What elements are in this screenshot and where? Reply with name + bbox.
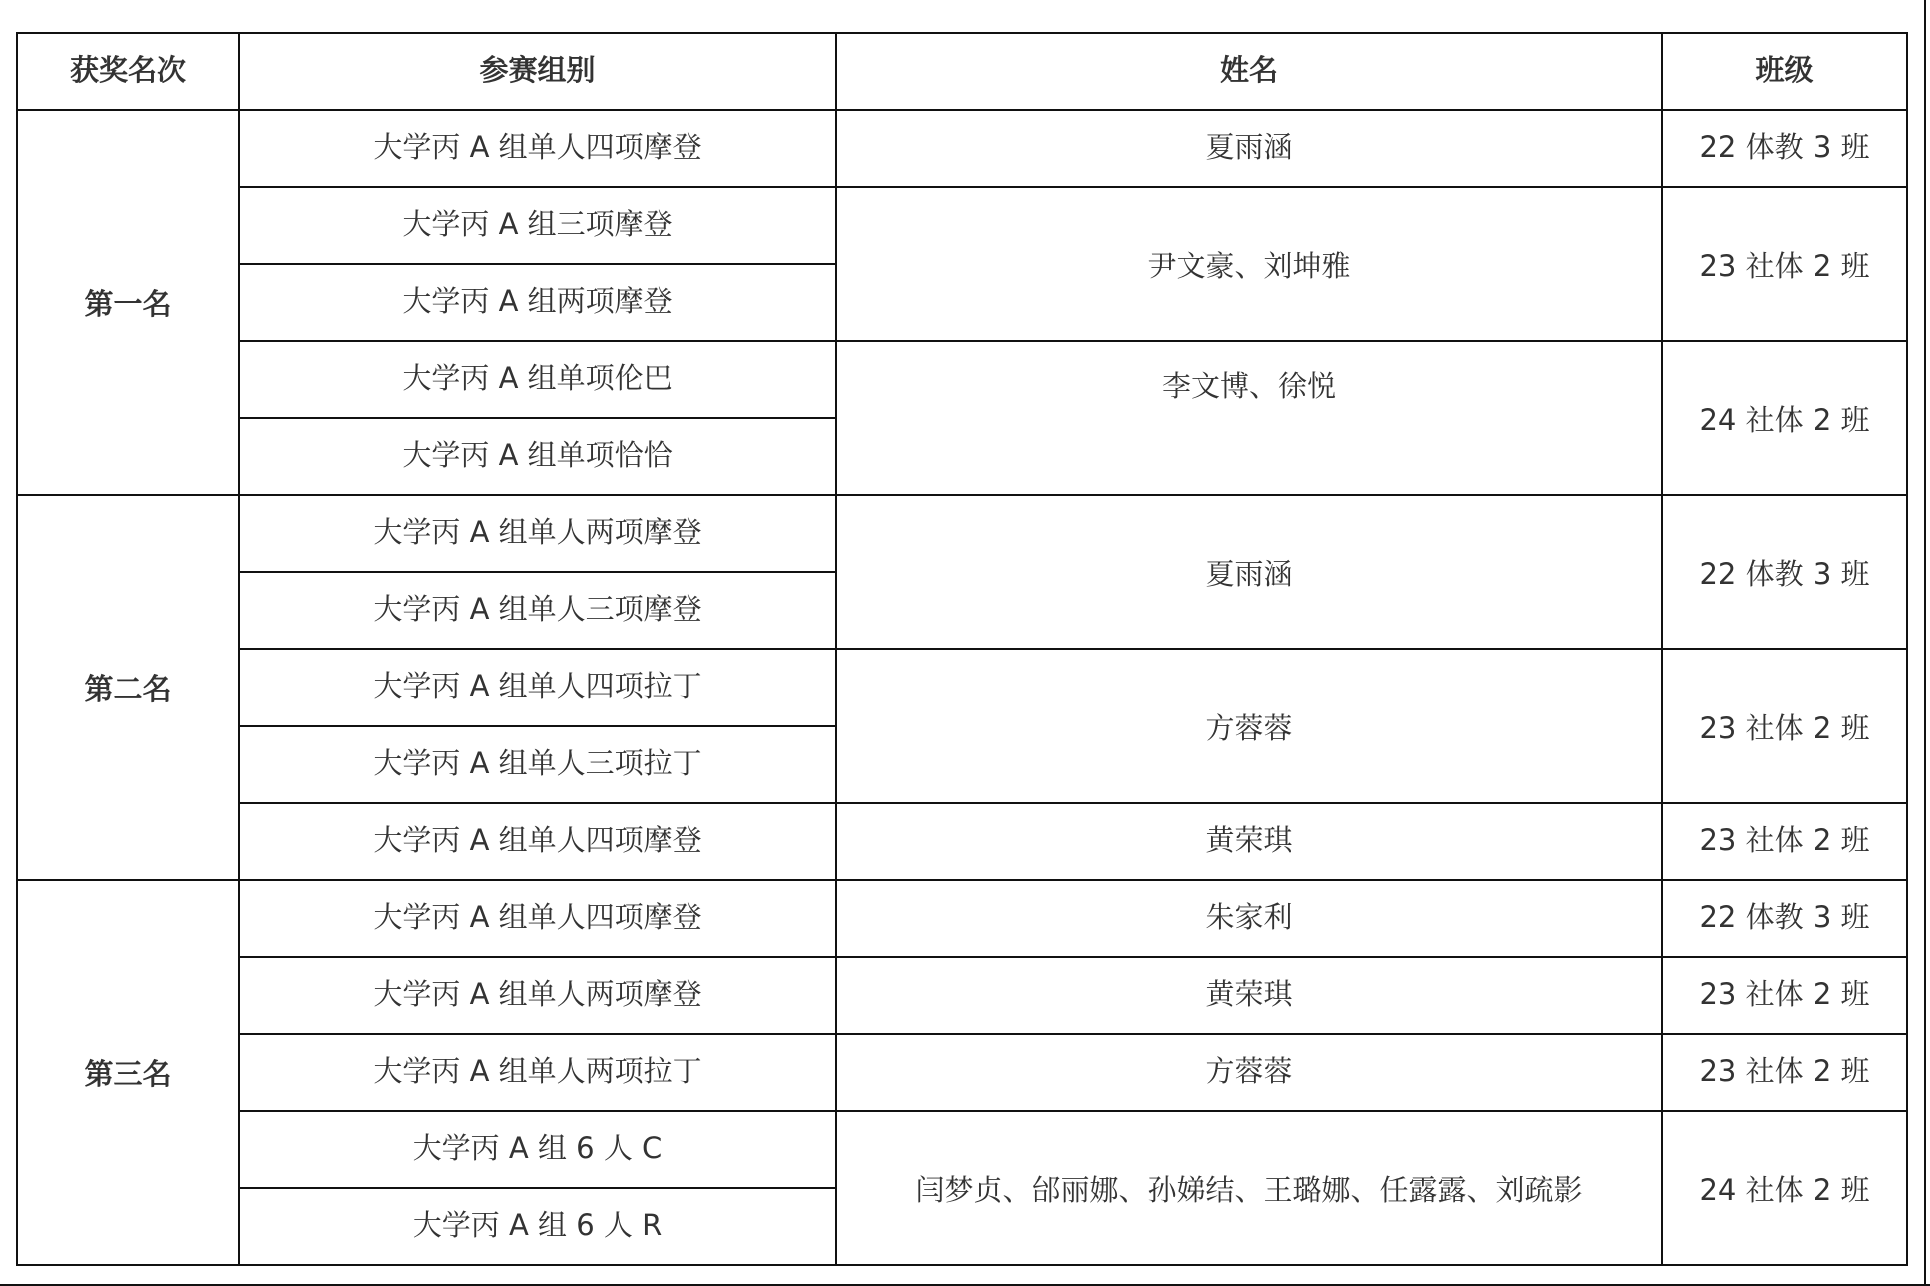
class-cell: 24 社体 2 班 (1662, 1111, 1907, 1265)
name-cell: 尹文豪、刘坤雅 (836, 187, 1662, 341)
table-row: 大学丙 A 组单人两项拉丁 方蓉蓉 23 社体 2 班 (17, 1034, 1907, 1111)
rank-cell: 第二名 (17, 495, 239, 880)
group-cell: 大学丙 A 组三项摩登 (239, 187, 836, 264)
name-cell: 方蓉蓉 (836, 1034, 1662, 1111)
group-cell: 大学丙 A 组两项摩登 (239, 264, 836, 341)
name-cell: 方蓉蓉 (836, 649, 1662, 803)
name-cell: 李文博、徐悦 (836, 341, 1662, 495)
rank-cell: 第一名 (17, 110, 239, 495)
table-row: 第二名 大学丙 A 组单人两项摩登 夏雨涵 22 体教 3 班 (17, 495, 1907, 572)
group-cell: 大学丙 A 组单项恰恰 (239, 418, 836, 495)
group-cell: 大学丙 A 组单人三项拉丁 (239, 726, 836, 803)
group-cell: 大学丙 A 组单项伦巴 (239, 341, 836, 418)
class-cell: 22 体教 3 班 (1662, 110, 1907, 187)
group-cell: 大学丙 A 组单人四项摩登 (239, 803, 836, 880)
group-cell: 大学丙 A 组单人四项拉丁 (239, 649, 836, 726)
group-cell: 大学丙 A 组单人两项摩登 (239, 957, 836, 1034)
name-cell: 黄荣琪 (836, 803, 1662, 880)
class-cell: 22 体教 3 班 (1662, 880, 1907, 957)
name-cell: 黄荣琪 (836, 957, 1662, 1034)
class-cell: 22 体教 3 班 (1662, 495, 1907, 649)
class-cell: 24 社体 2 班 (1662, 341, 1907, 495)
table-row: 大学丙 A 组 6 人 C 闫梦贞、邰丽娜、孙娣结、王璐娜、任露露、刘疏影 24… (17, 1111, 1907, 1188)
table-row: 大学丙 A 组单人四项拉丁 方蓉蓉 23 社体 2 班 (17, 649, 1907, 726)
name-cell: 夏雨涵 (836, 110, 1662, 187)
class-cell: 23 社体 2 班 (1662, 957, 1907, 1034)
class-cell: 23 社体 2 班 (1662, 649, 1907, 803)
group-cell: 大学丙 A 组 6 人 C (239, 1111, 836, 1188)
name-cell: 夏雨涵 (836, 495, 1662, 649)
group-cell: 大学丙 A 组 6 人 R (239, 1188, 836, 1265)
group-cell: 大学丙 A 组单人四项摩登 (239, 880, 836, 957)
table-row: 大学丙 A 组单人四项摩登 黄荣琪 23 社体 2 班 (17, 803, 1907, 880)
class-cell: 23 社体 2 班 (1662, 1034, 1907, 1111)
group-cell: 大学丙 A 组单人三项摩登 (239, 572, 836, 649)
table-row: 第三名 大学丙 A 组单人四项摩登 朱家利 22 体教 3 班 (17, 880, 1907, 957)
name-cell: 闫梦贞、邰丽娜、孙娣结、王璐娜、任露露、刘疏影 (836, 1111, 1662, 1265)
header-row: 获奖名次 参赛组别 姓名 班级 (17, 33, 1907, 110)
table-row: 大学丙 A 组单人两项摩登 黄荣琪 23 社体 2 班 (17, 957, 1907, 1034)
table-row: 大学丙 A 组单项伦巴 李文博、徐悦 24 社体 2 班 (17, 341, 1907, 418)
table-row: 大学丙 A 组三项摩登 尹文豪、刘坤雅 23 社体 2 班 (17, 187, 1907, 264)
group-cell: 大学丙 A 组单人四项摩登 (239, 110, 836, 187)
rank-cell: 第三名 (17, 880, 239, 1265)
header-group: 参赛组别 (239, 33, 836, 110)
table-row: 第一名 大学丙 A 组单人四项摩登 夏雨涵 22 体教 3 班 (17, 110, 1907, 187)
awards-table: 获奖名次 参赛组别 姓名 班级 第一名 大学丙 A 组单人四项摩登 夏雨涵 22… (16, 32, 1908, 1266)
page-frame-right-edge (1924, 0, 1926, 1286)
group-cell: 大学丙 A 组单人两项拉丁 (239, 1034, 836, 1111)
header-class: 班级 (1662, 33, 1907, 110)
header-rank: 获奖名次 (17, 33, 239, 110)
group-cell: 大学丙 A 组单人两项摩登 (239, 495, 836, 572)
header-name: 姓名 (836, 33, 1662, 110)
class-cell: 23 社体 2 班 (1662, 803, 1907, 880)
class-cell: 23 社体 2 班 (1662, 187, 1907, 341)
name-cell: 朱家利 (836, 880, 1662, 957)
